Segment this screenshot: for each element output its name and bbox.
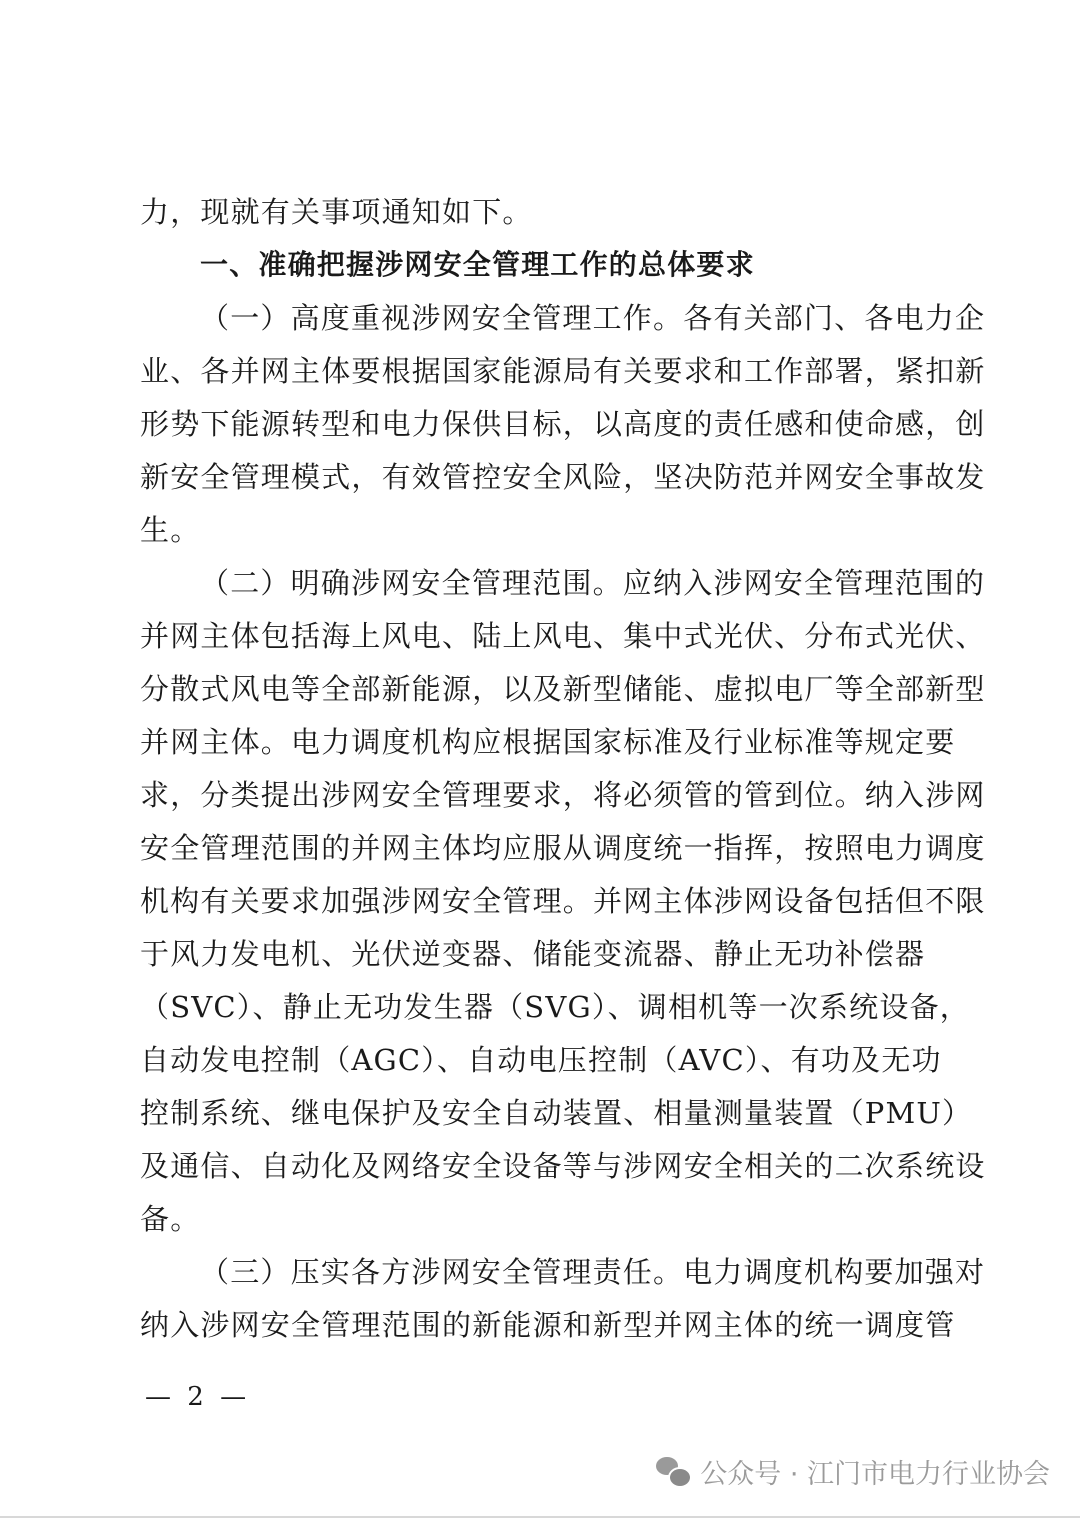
text-line: 力，现就有关事项通知如下。 (140, 192, 950, 232)
watermark: 公众号 · 江门市电力行业协会 (390, 1452, 1050, 1491)
text-line: 自动发电控制（AGC）、自动电压控制（AVC）、有功及无功 (140, 1040, 950, 1080)
wechat-icon (656, 1457, 690, 1487)
text-line: 机构有关要求加强涉网安全管理。并网主体涉网设备包括但不限 (140, 881, 950, 921)
text-line: 分散式风电等全部新能源，以及新型储能、虚拟电厂等全部新型 (140, 669, 950, 709)
page-number: — 2 — (145, 1382, 250, 1412)
section-heading: 一、准确把握涉网安全管理工作的总体要求 (200, 245, 950, 285)
text-line: 新安全管理模式，有效管控安全风险，坚决防范并网安全事故发 (140, 457, 950, 497)
paragraph-start: （二）明确涉网安全管理范围。应纳入涉网安全管理范围的 (200, 563, 950, 603)
text-line: 并网主体。电力调度机构应根据国家标准及行业标准等规定要 (140, 722, 950, 762)
text-line: 生。 (140, 510, 950, 550)
text-line: （SVC）、静止无功发生器（SVG）、调相机等一次系统设备， (140, 987, 950, 1027)
text-line: 求，分类提出涉网安全管理要求，将必须管的管到位。纳入涉网 (140, 775, 950, 815)
bottom-divider (0, 1516, 1080, 1518)
text-line: 纳入涉网安全管理范围的新能源和新型并网主体的统一调度管 (140, 1305, 950, 1345)
text-line: 业、各并网主体要根据国家能源局有关要求和工作部署，紧扣新 (140, 351, 950, 391)
text-line: 并网主体包括海上风电、陆上风电、集中式光伏、分布式光伏、 (140, 616, 950, 656)
text-line: 形势下能源转型和电力保供目标，以高度的责任感和使命感，创 (140, 404, 950, 444)
paragraph-start: （三）压实各方涉网安全管理责任。电力调度机构要加强对 (200, 1252, 950, 1292)
text-line: 备。 (140, 1199, 950, 1239)
text-line: 及通信、自动化及网络安全设备等与涉网安全相关的二次系统设 (140, 1146, 950, 1186)
watermark-text: 公众号 · 江门市电力行业协会 (700, 1452, 1050, 1491)
paragraph-start: （一）高度重视涉网安全管理工作。各有关部门、各电力企 (200, 298, 950, 338)
text-line: 控制系统、继电保护及安全自动装置、相量测量装置（PMU） (140, 1093, 950, 1133)
text-line: 安全管理范围的并网主体均应服从调度统一指挥，按照电力调度 (140, 828, 950, 868)
document-page: 力，现就有关事项通知如下。 一、准确把握涉网安全管理工作的总体要求 （一）高度重… (0, 0, 1080, 1528)
text-line: 于风力发电机、光伏逆变器、储能变流器、静止无功补偿器 (140, 934, 950, 974)
